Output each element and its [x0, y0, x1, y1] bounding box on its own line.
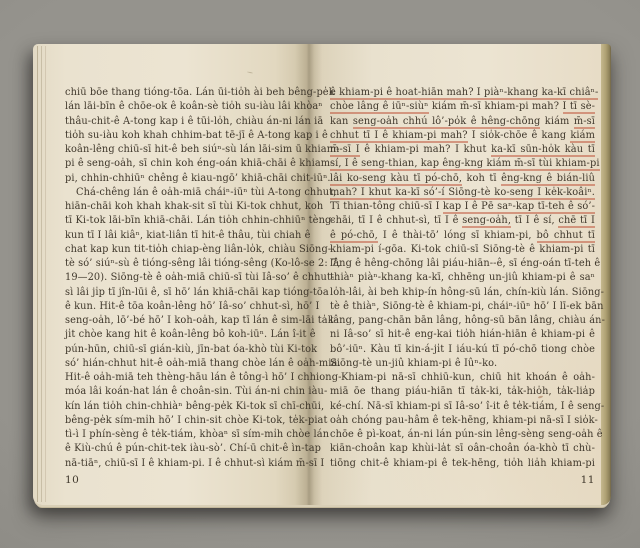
text-segment: seng-oa̍h, lō’-bé hō’ I koh-oa̍h, kap tī… — [65, 315, 337, 326]
text-segment: miā ōe thang piáu-hiān tī ta̍k-ki, ta̍k-… — [330, 386, 595, 397]
text-line: lán lāi-bīn ê chōe-ok ê koân-sè tio̍h su… — [65, 100, 308, 114]
text-line: 19—20). Siōng-tè ê oa̍h-miā chiū-sī tùi … — [65, 271, 308, 285]
text-line: koân-lêng chiū-sī hit-ê beh siúⁿ-sù lán … — [65, 143, 308, 157]
text-segment: tì-ì I phín-sèng ê te̍k-tiám, khòaⁿ sī s… — [65, 429, 329, 440]
text-segment: koân-lêng chiū-sī hit-ê beh siúⁿ-sù lán … — [65, 144, 340, 155]
red-underlined-text: m̄-sī I — [330, 144, 360, 157]
text-line: chāi, tī I ê chhut-sì, tī I ê seng-oa̍h,… — [330, 214, 595, 228]
red-underlined-text: mah? I khut ka-kī só’-í Siōng-tè ko-seng… — [330, 187, 595, 200]
text-line: chhut tī I ê khiam-pi mah? I sio̍k-chōe … — [330, 129, 595, 143]
text-segment: khiam-pi í-gōa. Ki-tok chiū-sī Siōng-tè … — [330, 244, 595, 255]
text-line: kan seng-oa̍h chhú lô’-po̍k ê hêng-chōng… — [330, 115, 595, 129]
text-line: ê pó-chō, I ê thài-tō’ lóng sī khiam-pi,… — [330, 229, 595, 243]
text-line: miā ōe thang piáu-hiān tī ta̍k-ki, ta̍k-… — [330, 385, 595, 399]
text-segment: thâu-chit-ê A-tong kap i ê tūi-lo̍h, chi… — [65, 116, 323, 127]
red-underlined-text: kap I ê Pē saⁿ-kap tī-teh ê só’- — [443, 201, 595, 214]
text-segment: Tī thian-tông chiū-sī I — [330, 201, 443, 212]
text-line: lo̍h-lâi, ài beh khip-ín hông-sū lán, ch… — [330, 286, 595, 300]
text-segment: chat kap kun tit-tio̍h chiap-èng liân-lo… — [65, 244, 331, 255]
red-underlined-text: bô chhut tī — [537, 230, 595, 243]
text-segment: ké-chí. Nā-sī khiam-pi sī Iâ-so’ î-it ê … — [330, 401, 604, 412]
text-line: Hit-ê oa̍h-miā teh thèng-hāu lán ê tông-… — [65, 371, 308, 385]
text-segment: kiān-choân kap khùi-la̍t sī oân-choân óa… — [330, 443, 595, 454]
red-underlined-text: chē tī I — [558, 215, 595, 228]
text-segment: koh tī — [462, 173, 501, 184]
text-segment: nā-tiāⁿ, chiū-sī I ê khiam-pi. I ê chhut… — [65, 458, 324, 469]
text-line: ké-chí. Nā-sī khiam-pi sī Iâ-so’ î-it ê … — [330, 400, 595, 414]
text-line: tiōng chit-ê khiam-pi ê tek-hēng, tio̍h … — [330, 457, 595, 471]
text-segment: lâng ê hêng-chōng lâi piáu-hiān--ê, sī é… — [330, 258, 600, 269]
text-line: tī Ki-tok lāi-bīn khiā-chāi. Lán tio̍h c… — [65, 214, 308, 228]
red-underlined-text: ê pó-chō, — [330, 230, 378, 243]
text-line: lâng, pang-chān bān lâng, hông-sū bān lâ… — [330, 314, 595, 328]
red-underlined-text: kiám — [570, 130, 595, 143]
text-line: thâu-chit-ê A-tong kap i ê tūi-lo̍h, chi… — [65, 115, 308, 129]
text-segment: Chá-chêng lán ê oa̍h-miā cháiⁿ-iūⁿ tùi A… — [76, 187, 336, 198]
text-line: kín lán tio̍h chin-chhiàⁿ bêng-pe̍k Ki-t… — [65, 400, 308, 414]
text-segment: thiàⁿ piàⁿ-khang ka-kī, chhēng un-jiû kh… — [330, 272, 595, 283]
text-segment: ê khiam-pi mah? I khut — [360, 144, 491, 155]
text-line: móa lâi koán-hat lán ê choân-sin. Tùi án… — [65, 385, 308, 399]
text-line: tio̍h su-iàu koh khah chhim-bat tē-jī ê … — [65, 129, 308, 143]
photo-background: chiū bōe thang tióng-tōa. Lán ūi-tio̍h à… — [0, 0, 640, 548]
text-segment: pún-hūn, chiū-sī gián-kiù, jīn-bat óa-kh… — [65, 344, 317, 355]
text-line: bô’-iūⁿ. Kàu tī kin-á-ji̍t I iáu-kú tī p… — [330, 343, 595, 357]
text-segment: kan — [330, 116, 353, 127]
text-line: khiam-pi í-gōa. Ki-tok chiū-sī Siōng-tè … — [330, 243, 595, 257]
red-underlined-text: êng-kng ê bián-liû — [501, 173, 595, 186]
text-segment: bêng-pe̍k sím-mi̍h hō’ I chin-sit chòe K… — [65, 415, 328, 426]
text-segment: kiám m̄-sī khiam-pi mah? — [429, 101, 563, 112]
text-segment: chāi, tī I ê chhut-sì, tī I ê — [330, 215, 462, 226]
text-line: m̄-sī I ê khiam-pi mah? I khut ka-kī sūn… — [330, 143, 595, 157]
text-line: sí, I ê seng-thian, kap êng-kng kiám m̄-… — [330, 157, 595, 171]
text-line: Tī thian-tông chiū-sī I kap I ê Pē saⁿ-k… — [330, 200, 595, 214]
text-segment: I ê thài-tō’ lóng sī khiam-pi, — [378, 230, 537, 241]
page-number-left: 10 — [65, 473, 308, 487]
text-segment: Khiam-pi nā-sī chhiū-kun, chiū hit khoán… — [341, 372, 595, 383]
text-segment: pi ê seng-oa̍h, sī chin koh éng-oán khiā… — [65, 158, 334, 169]
text-line: sì lâi ji̍p tī jîn-lūi ê, sī hō’ lán khi… — [65, 286, 308, 300]
text-segment: 19—20). Siōng-tè ê oa̍h-miā chiū-sī tùi … — [65, 272, 334, 283]
text-line: ê Kiù-chú ê pún-chit-tek iàu-sò’. Chí-ū … — [65, 442, 308, 456]
text-segment: lâng, pang-chān bān lâng, hông-sū bān lâ… — [330, 315, 605, 326]
text-line: pi ê seng-oa̍h, sī chin koh éng-oán khiā… — [65, 157, 308, 171]
text-segment: kiám — [540, 116, 573, 127]
red-underlined-text: chòe lâng ê iūⁿ-siùⁿ — [330, 101, 429, 114]
text-line: oa̍h chóng pau-hâm ê tek-hēng, khiam-pi … — [330, 414, 595, 428]
red-underlined-text: chhut tī I ê khiam-pi mah? — [330, 130, 468, 143]
text-segment: kín lán tio̍h chin-chhiàⁿ bêng-pe̍k Ki-t… — [65, 401, 324, 412]
text-line: chiū bōe thang tióng-tōa. Lán ūi-tio̍h à… — [65, 86, 308, 100]
text-segment: tio̍h su-iàu koh khah chhim-bat tē-jī ê … — [65, 130, 328, 141]
text-line: só’ hián-chhut hit-ê oa̍h-miā thang chòe… — [65, 357, 308, 371]
page-edge-line — [41, 46, 42, 502]
text-segment: ê Kiù-chú ê pún-chit-tek iàu-sò’. Chí-ū … — [65, 443, 321, 454]
text-line: Chá-chêng lán ê oa̍h-miā cháiⁿ-iūⁿ tùi A… — [65, 186, 308, 200]
red-underlined-text: seng-oa̍h, — [462, 215, 511, 228]
text-segment: tī I ê sí, — [511, 215, 558, 226]
text-line: lâng ê hêng-chōng lâi piáu-hiān--ê, sī é… — [330, 257, 595, 271]
text-line: chat kap kun tit-tio̍h chiap-èng liân-lo… — [65, 243, 308, 257]
red-underlined-text: m̄-sī — [574, 116, 595, 129]
text-line: bêng-pe̍k sím-mi̍h hō’ I chin-sit chòe K… — [65, 414, 308, 428]
right-page-text: ê khiam-pi ê hoat-hiān mah? I piàⁿ-khang… — [330, 86, 595, 487]
open-book: chiū bōe thang tióng-tōa. Lán ūi-tio̍h à… — [33, 44, 611, 505]
red-underlined-text: sí, I ê seng-thian, kap êng-kng kiám m̄-… — [330, 158, 600, 171]
text-segment: tī Ki-tok lāi-bīn khiā-chāi. Lán tio̍h c… — [65, 215, 335, 226]
text-line: Khiam-pi nā-sī chhiū-kun, chiū hit khoán… — [330, 371, 595, 385]
text-line: Siōng-tè un-jiû khiam-pi ê Iûⁿ-ko. — [330, 357, 595, 371]
text-line: kun tī I lâi kiâⁿ, kiat-liân tī hit-ê th… — [65, 229, 308, 243]
text-segment: oa̍h chóng pau-hâm ê tek-hēng, khiam-pi … — [330, 415, 598, 426]
text-segment: ni Iâ-so’ sī hit-ê eng-kai tio̍h hián-hi… — [330, 329, 595, 340]
text-line: pi, chhin-chhiūⁿ chêng ê kiau-ngō’ khiā-… — [65, 172, 308, 186]
text-line: tè ê thiàⁿ, Siōng-tè ê khiam-pi, cháiⁿ-i… — [330, 300, 595, 314]
text-segment: sì lâi ji̍p tī jîn-lūi ê, sī hō’ lán khi… — [65, 287, 329, 298]
text-line: ê kun. Hit-ê tōa koân-lêng hō’ Iâ-so’ ch… — [65, 300, 308, 314]
text-line: chōe ê pì-koat, án-ni lán pún-sin lêng-s… — [330, 428, 595, 442]
text-segment: ji̍t chòe kang hit ê koân-lêng bô koh-iū… — [65, 329, 316, 340]
red-underlined-text: ka-kī sūn-ho̍k kàu tī — [491, 144, 595, 157]
text-segment: móa lâi koán-hat lán ê choân-sin. Tùi án… — [65, 386, 327, 397]
red-underlined-text: ê khiam-pi ê hoat-hiān mah? I piàⁿ-khang… — [330, 87, 598, 100]
text-line: seng-oa̍h, lō’-bé hō’ I koh-oa̍h, kap tī… — [65, 314, 308, 328]
text-line: kiān-choân kap khùi-la̍t sī oân-choân óa… — [330, 442, 595, 456]
text-segment: kun tī I lâi kiâⁿ, kiat-liân tī hit-ê th… — [65, 230, 311, 241]
page-edge-line — [37, 46, 38, 502]
text-segment: lo̍h-lâi, ài beh khip-ín hông-sū lán, ch… — [330, 287, 604, 298]
text-segment: tè só’ siúⁿ-sù ê tióng-sêng lâi tióng-sê… — [65, 258, 341, 269]
red-underlined-text: seng-oa̍h chhú lô’-po̍k ê hêng-chōng — [353, 116, 541, 129]
text-line: ni Iâ-so’ sī hit-ê eng-kai tio̍h hián-hi… — [330, 328, 595, 342]
text-segment: lán lāi-bīn ê chōe-ok ê koân-sè tio̍h su… — [65, 101, 323, 112]
text-segment: só’ hián-chhut hit-ê oa̍h-miā thang chòe… — [65, 358, 341, 369]
text-segment: tè ê thiàⁿ, Siōng-tè ê khiam-pi, cháiⁿ-i… — [330, 301, 603, 312]
text-line: tì-ì I phín-sèng ê te̍k-tiám, khòaⁿ sī s… — [65, 428, 308, 442]
text-segment: Hit-ê oa̍h-miā teh thèng-hāu lán ê tông-… — [65, 372, 341, 383]
text-line: thiàⁿ piàⁿ-khang ka-kī, chhēng un-jiû kh… — [330, 271, 595, 285]
page-number-right: 11 — [330, 473, 595, 487]
red-underlined-text: lâi ko-seng kàu tī pó-chō, — [330, 173, 462, 186]
text-line: hiān-chāi koh khah khak-sit sī tùi Ki-to… — [65, 200, 308, 214]
text-segment: hiān-chāi koh khah khak-sit sī tùi Ki-to… — [65, 201, 323, 212]
text-line: chòe lâng ê iūⁿ-siùⁿ kiám m̄-sī khiam-pi… — [330, 100, 595, 114]
text-line: ji̍t chòe kang hit ê koân-lêng bô koh-iū… — [65, 328, 308, 342]
text-segment: ê kun. Hit-ê tōa koân-lêng hō’ Iâ-so’ ch… — [65, 301, 320, 312]
text-segment: Siōng-tè un-jiû khiam-pi ê Iûⁿ-ko. — [330, 358, 497, 369]
text-line: pún-hūn, chiū-sī gián-kiù, jīn-bat óa-kh… — [65, 343, 308, 357]
text-line: lâi ko-seng kàu tī pó-chō, koh tī êng-kn… — [330, 172, 595, 186]
text-line: ê khiam-pi ê hoat-hiān mah? I piàⁿ-khang… — [330, 86, 595, 100]
red-underlined-text: I tī sè- — [563, 101, 596, 114]
text-segment: bô’-iūⁿ. Kàu tī kin-á-ji̍t I iáu-kú tī p… — [330, 344, 595, 355]
text-line: tè só’ siúⁿ-sù ê tióng-sêng lâi tióng-sê… — [65, 257, 308, 271]
text-segment: pi, chhin-chhiūⁿ chêng ê kiau-ngō’ khiā-… — [65, 173, 331, 184]
text-segment: chiū bōe thang tióng-tōa. Lán ūi-tio̍h à… — [65, 87, 335, 98]
text-segment: chōe ê pì-koat, án-ni lán pún-sin lêng-s… — [330, 429, 603, 440]
text-segment: I sio̍k-chōe ê kang — [468, 130, 571, 141]
page-edge-line — [45, 46, 46, 502]
text-line: mah? I khut ka-kī só’-í Siōng-tè ko-seng… — [330, 186, 595, 200]
text-line: nā-tiāⁿ, chiū-sī I ê khiam-pi. I ê chhut… — [65, 457, 308, 471]
left-page-text: chiū bōe thang tióng-tōa. Lán ūi-tio̍h à… — [65, 86, 308, 487]
text-segment: tiōng chit-ê khiam-pi ê tek-hēng, tio̍h … — [330, 458, 595, 469]
